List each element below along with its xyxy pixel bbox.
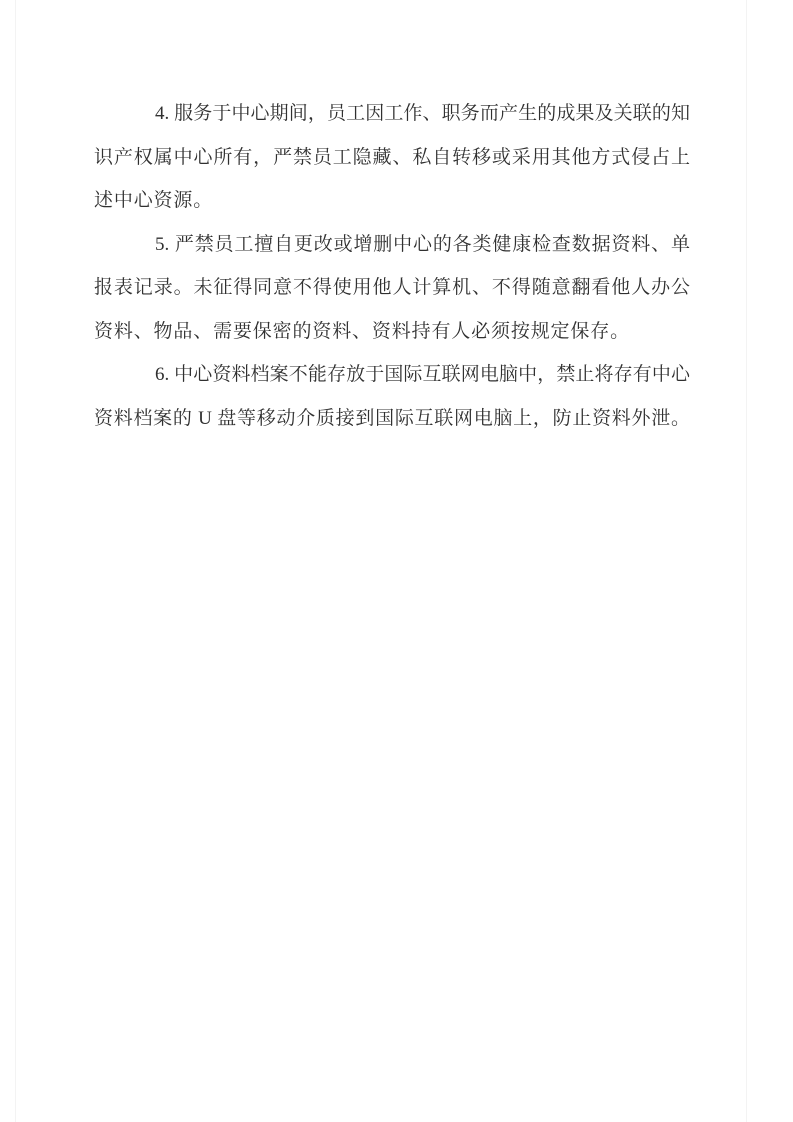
text-line: 报表记录。未征得同意不得使用他人计算机、不得随意翻看他人办公 bbox=[94, 266, 690, 310]
text-line: 述中心资源。 bbox=[94, 179, 690, 223]
text-line: 资料档案的 U 盘等移动介质接到国际互联网电脑上，防止资料外泄。 bbox=[94, 397, 690, 441]
text-line: 资料、物品、需要保密的资料、资料持有人必须按规定保存。 bbox=[94, 310, 690, 354]
text-line: 6. 中心资料档案不能存放于国际互联网电脑中，禁止将存有中心 bbox=[94, 353, 690, 397]
paragraph-4: 4. 服务于中心期间，员工因工作、职务而产生的成果及关联的知识产权属中心所有，严… bbox=[94, 92, 690, 223]
text-block: 4. 服务于中心期间，员工因工作、职务而产生的成果及关联的知识产权属中心所有，严… bbox=[94, 92, 690, 440]
text-line: 5. 严禁员工擅自更改或增删中心的各类健康检查数据资料、单据、 bbox=[94, 223, 690, 267]
text-line: 4. 服务于中心期间，员工因工作、职务而产生的成果及关联的知 bbox=[94, 92, 690, 136]
document-page: 4. 服务于中心期间，员工因工作、职务而产生的成果及关联的知识产权属中心所有，严… bbox=[0, 0, 793, 1122]
paragraph-6: 6. 中心资料档案不能存放于国际互联网电脑中，禁止将存有中心资料档案的 U 盘等… bbox=[94, 353, 690, 440]
paragraph-5: 5. 严禁员工擅自更改或增删中心的各类健康检查数据资料、单据、报表记录。未征得同… bbox=[94, 223, 690, 354]
page-edge-left bbox=[15, 0, 16, 1122]
page-edge-right bbox=[746, 0, 747, 1122]
text-line: 识产权属中心所有，严禁员工隐藏、私自转移或采用其他方式侵占上 bbox=[94, 136, 690, 180]
